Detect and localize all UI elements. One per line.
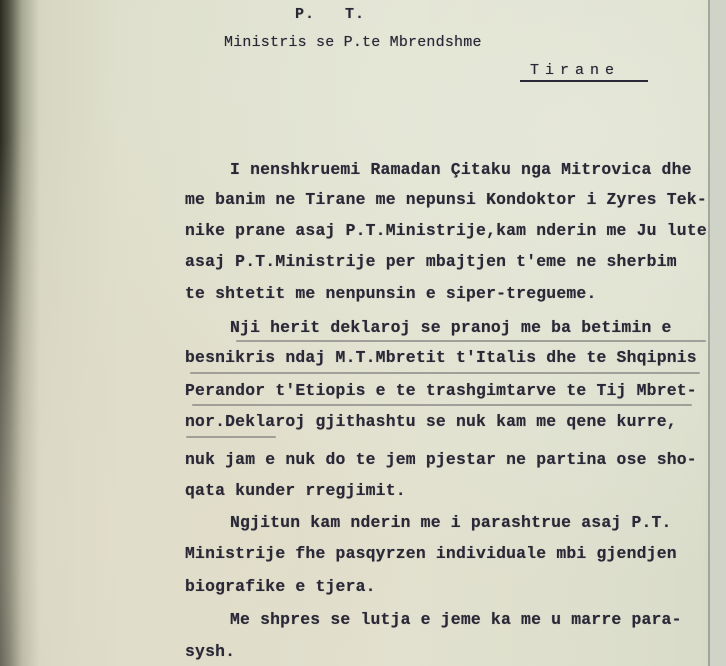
text-line: Ngjitun kam nderin me i parashtrue asaj … xyxy=(230,513,672,532)
text-line: Ministrije fhe pasqyrzen individuale mbi… xyxy=(185,544,677,563)
text-line: biografike e tjera. xyxy=(185,577,376,596)
text-line: besnikris ndaj M.T.Mbretit t'Italis dhe … xyxy=(185,348,697,367)
text-line: nor.Deklaroj gjithashtu se nuk kam me qe… xyxy=(185,412,677,431)
header-city: Tirane xyxy=(530,62,620,79)
text-line: I nenshkruemi Ramadan Çitaku nga Mitrovi… xyxy=(230,160,692,179)
background-strip xyxy=(710,0,726,666)
header-ministry: Ministris se P.te Mbrendshme xyxy=(224,34,482,51)
text-line: Nji herit deklaroj se pranoj me ba betim… xyxy=(230,318,672,337)
pencil-underline xyxy=(236,340,706,342)
text-line: qata kunder rregjimit. xyxy=(185,481,406,500)
header-org: P. T. xyxy=(295,6,365,23)
text-line: Perandor t'Etiopis e te trashgimtarve te… xyxy=(185,381,697,400)
city-underline xyxy=(520,80,648,82)
text-line: nike prane asaj P.T.Ministrije,kam nderi… xyxy=(185,221,707,240)
text-line: te shtetit me nenpunsin e siper-tregueme… xyxy=(185,284,596,303)
text-line: sysh. xyxy=(185,642,235,661)
pencil-underline xyxy=(192,404,692,406)
pencil-underline xyxy=(190,372,700,374)
text-line: Me shpres se lutja e jeme ka me u marre … xyxy=(230,610,682,629)
pencil-underline xyxy=(186,436,276,438)
text-line: me banim ne Tirane me nepunsi Kondoktor … xyxy=(185,190,707,209)
text-line: asaj P.T.Ministrije per mbajtjen t'eme n… xyxy=(185,252,677,271)
text-line: nuk jam e nuk do te jem pjestar ne parti… xyxy=(185,450,697,469)
